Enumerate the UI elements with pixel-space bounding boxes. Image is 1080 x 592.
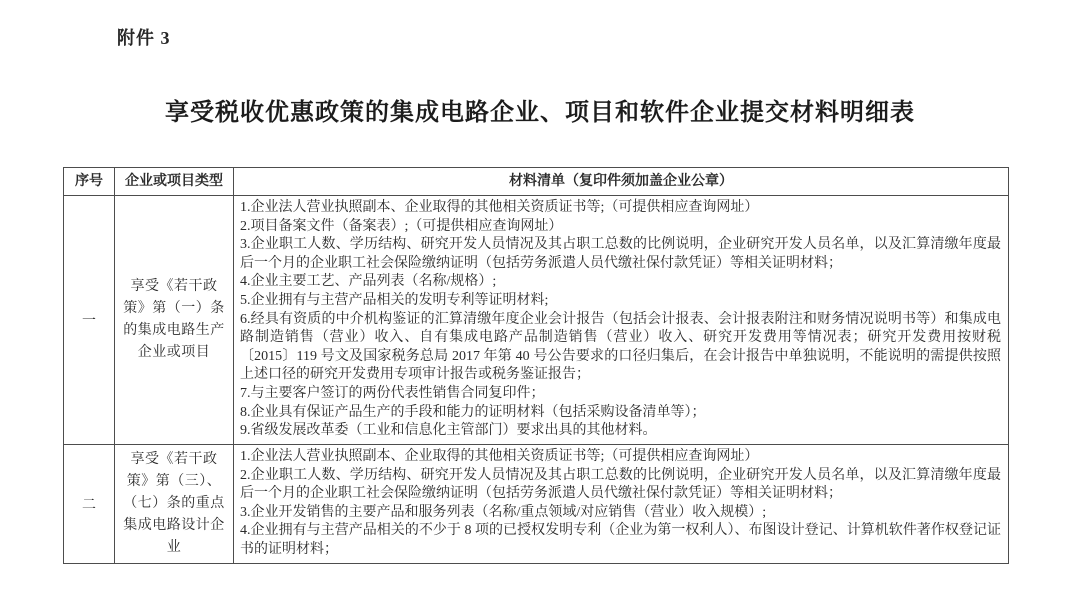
row-index: 二 — [64, 444, 115, 563]
column-header-index: 序号 — [64, 168, 115, 196]
material-item: 6.经具有资质的中介机构鉴证的汇算清缴年度企业会计报告（包括会计报表、会计报表附… — [240, 311, 1001, 385]
material-item: 4.企业拥有与主营产品相关的不少于 8 项的已授权发明专利（企业为第一权利人）、… — [240, 522, 1001, 559]
materials-table: 序号 企业或项目类型 材料清单（复印件须加盖企业公章） 一 享受《若干政策》第（… — [63, 167, 1009, 564]
attachment-label: 附件 3 — [117, 24, 171, 50]
material-item: 2.项目备案文件（备案表）;（可提供相应查询网址） — [240, 218, 1001, 237]
enterprise-type: 享受《若干政策》第（一）条的集成电路生产企业或项目 — [115, 196, 234, 445]
material-item: 7.与主要客户签订的两份代表性销售合同复印件； — [240, 385, 1001, 404]
enterprise-type: 享受《若干政策》第（三）、（七）条的重点集成电路设计企业 — [115, 444, 234, 563]
material-item: 4.企业主要工艺、产品列表（名称/规格）; — [240, 273, 1001, 292]
material-item: 5.企业拥有与主营产品相关的发明专利等证明材料; — [240, 292, 1001, 311]
materials-list: 1.企业法人营业执照副本、企业取得的其他相关资质证书等;（可提供相应查询网址） … — [234, 444, 1009, 563]
document-page: { "attachment_label": "附件 3", "title": "… — [0, 0, 1080, 592]
page-title: 享受税收优惠政策的集成电路企业、项目和软件企业提交材料明细表 — [0, 92, 1080, 127]
material-item: 1.企业法人营业执照副本、企业取得的其他相关资质证书等;（可提供相应查询网址） — [240, 448, 1001, 467]
material-item: 3.企业开发销售的主要产品和服务列表（名称/重点领域/对应销售（营业）收入规模）… — [240, 504, 1001, 523]
material-item: 1.企业法人营业执照副本、企业取得的其他相关资质证书等;（可提供相应查询网址） — [240, 199, 1001, 218]
row-index: 一 — [64, 196, 115, 445]
table-row: 一 享受《若干政策》第（一）条的集成电路生产企业或项目 1.企业法人营业执照副本… — [64, 196, 1009, 445]
column-header-type: 企业或项目类型 — [115, 168, 234, 196]
materials-list: 1.企业法人营业执照副本、企业取得的其他相关资质证书等;（可提供相应查询网址） … — [234, 196, 1009, 445]
table-row: 二 享受《若干政策》第（三）、（七）条的重点集成电路设计企业 1.企业法人营业执… — [64, 444, 1009, 563]
column-header-materials: 材料清单（复印件须加盖企业公章） — [234, 168, 1009, 196]
material-item: 9.省级发展改革委（工业和信息化主管部门）要求出具的其他材料。 — [240, 422, 1001, 441]
material-item: 3.企业职工人数、学历结构、研究开发人员情况及其占职工总数的比例说明，企业研究开… — [240, 236, 1001, 273]
material-item: 2.企业职工人数、学历结构、研究开发人员情况及其占职工总数的比例说明，企业研究开… — [240, 467, 1001, 504]
table-header-row: 序号 企业或项目类型 材料清单（复印件须加盖企业公章） — [64, 168, 1009, 196]
material-item: 8.企业具有保证产品生产的手段和能力的证明材料（包括采购设备清单等）； — [240, 404, 1001, 423]
